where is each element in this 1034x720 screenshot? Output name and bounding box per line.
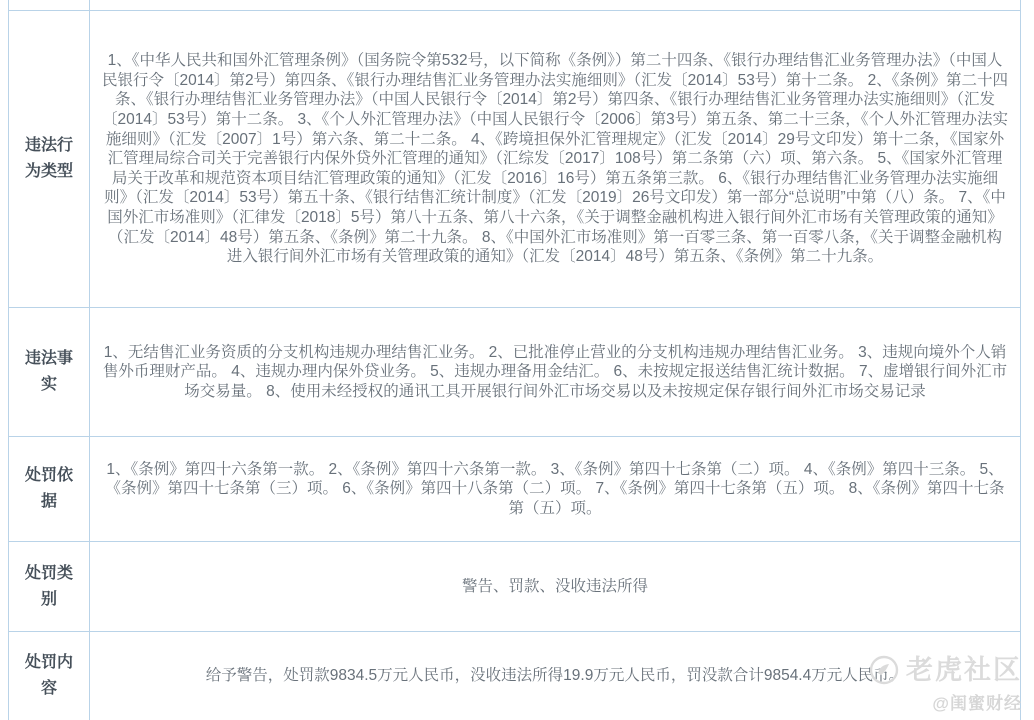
table-row: 违法事实 1、无结售汇业务资质的分支机构违规办理结售汇业务。 2、已批准停止营业… bbox=[9, 308, 1021, 437]
row-content-violation-facts: 1、无结售汇业务资质的分支机构违规办理结售汇业务。 2、已批准停止营业的分支机构… bbox=[90, 308, 1021, 437]
row-label-partial bbox=[9, 0, 90, 11]
row-label-penalty-basis: 处罚依据 bbox=[9, 437, 90, 542]
row-content-penalty-category: 警告、罚款、没收违法所得 bbox=[90, 542, 1021, 632]
table-row: 处罚依据 1、《条例》第四十六条第一款。 2、《条例》第四十六条第一款。 3、《… bbox=[9, 437, 1021, 542]
row-content-violation-type: 1、《中华人民共和国外汇管理条例》（国务院令第532号，以下简称《条例》）第二十… bbox=[90, 11, 1021, 308]
table-row-partial bbox=[9, 0, 1021, 11]
table-row: 违法行为类型 1、《中华人民共和国外汇管理条例》（国务院令第532号，以下简称《… bbox=[9, 11, 1021, 308]
row-content-partial bbox=[90, 0, 1021, 11]
row-label-violation-facts: 违法事实 bbox=[9, 308, 90, 437]
row-content-penalty-content: 给予警告，处罚款9834.5万元人民币，没收违法所得19.9万元人民币，罚没款合… bbox=[90, 632, 1021, 720]
table-row: 处罚类别 警告、罚款、没收违法所得 bbox=[9, 542, 1021, 632]
row-label-penalty-content: 处罚内容 bbox=[9, 632, 90, 720]
penalty-table: 违法行为类型 1、《中华人民共和国外汇管理条例》（国务院令第532号，以下简称《… bbox=[8, 0, 1021, 720]
row-content-penalty-basis: 1、《条例》第四十六条第一款。 2、《条例》第四十六条第一款。 3、《条例》第四… bbox=[90, 437, 1021, 542]
table-row: 处罚内容 给予警告，处罚款9834.5万元人民币，没收违法所得19.9万元人民币… bbox=[9, 632, 1021, 720]
row-label-penalty-category: 处罚类别 bbox=[9, 542, 90, 632]
row-label-violation-type: 违法行为类型 bbox=[9, 11, 90, 308]
